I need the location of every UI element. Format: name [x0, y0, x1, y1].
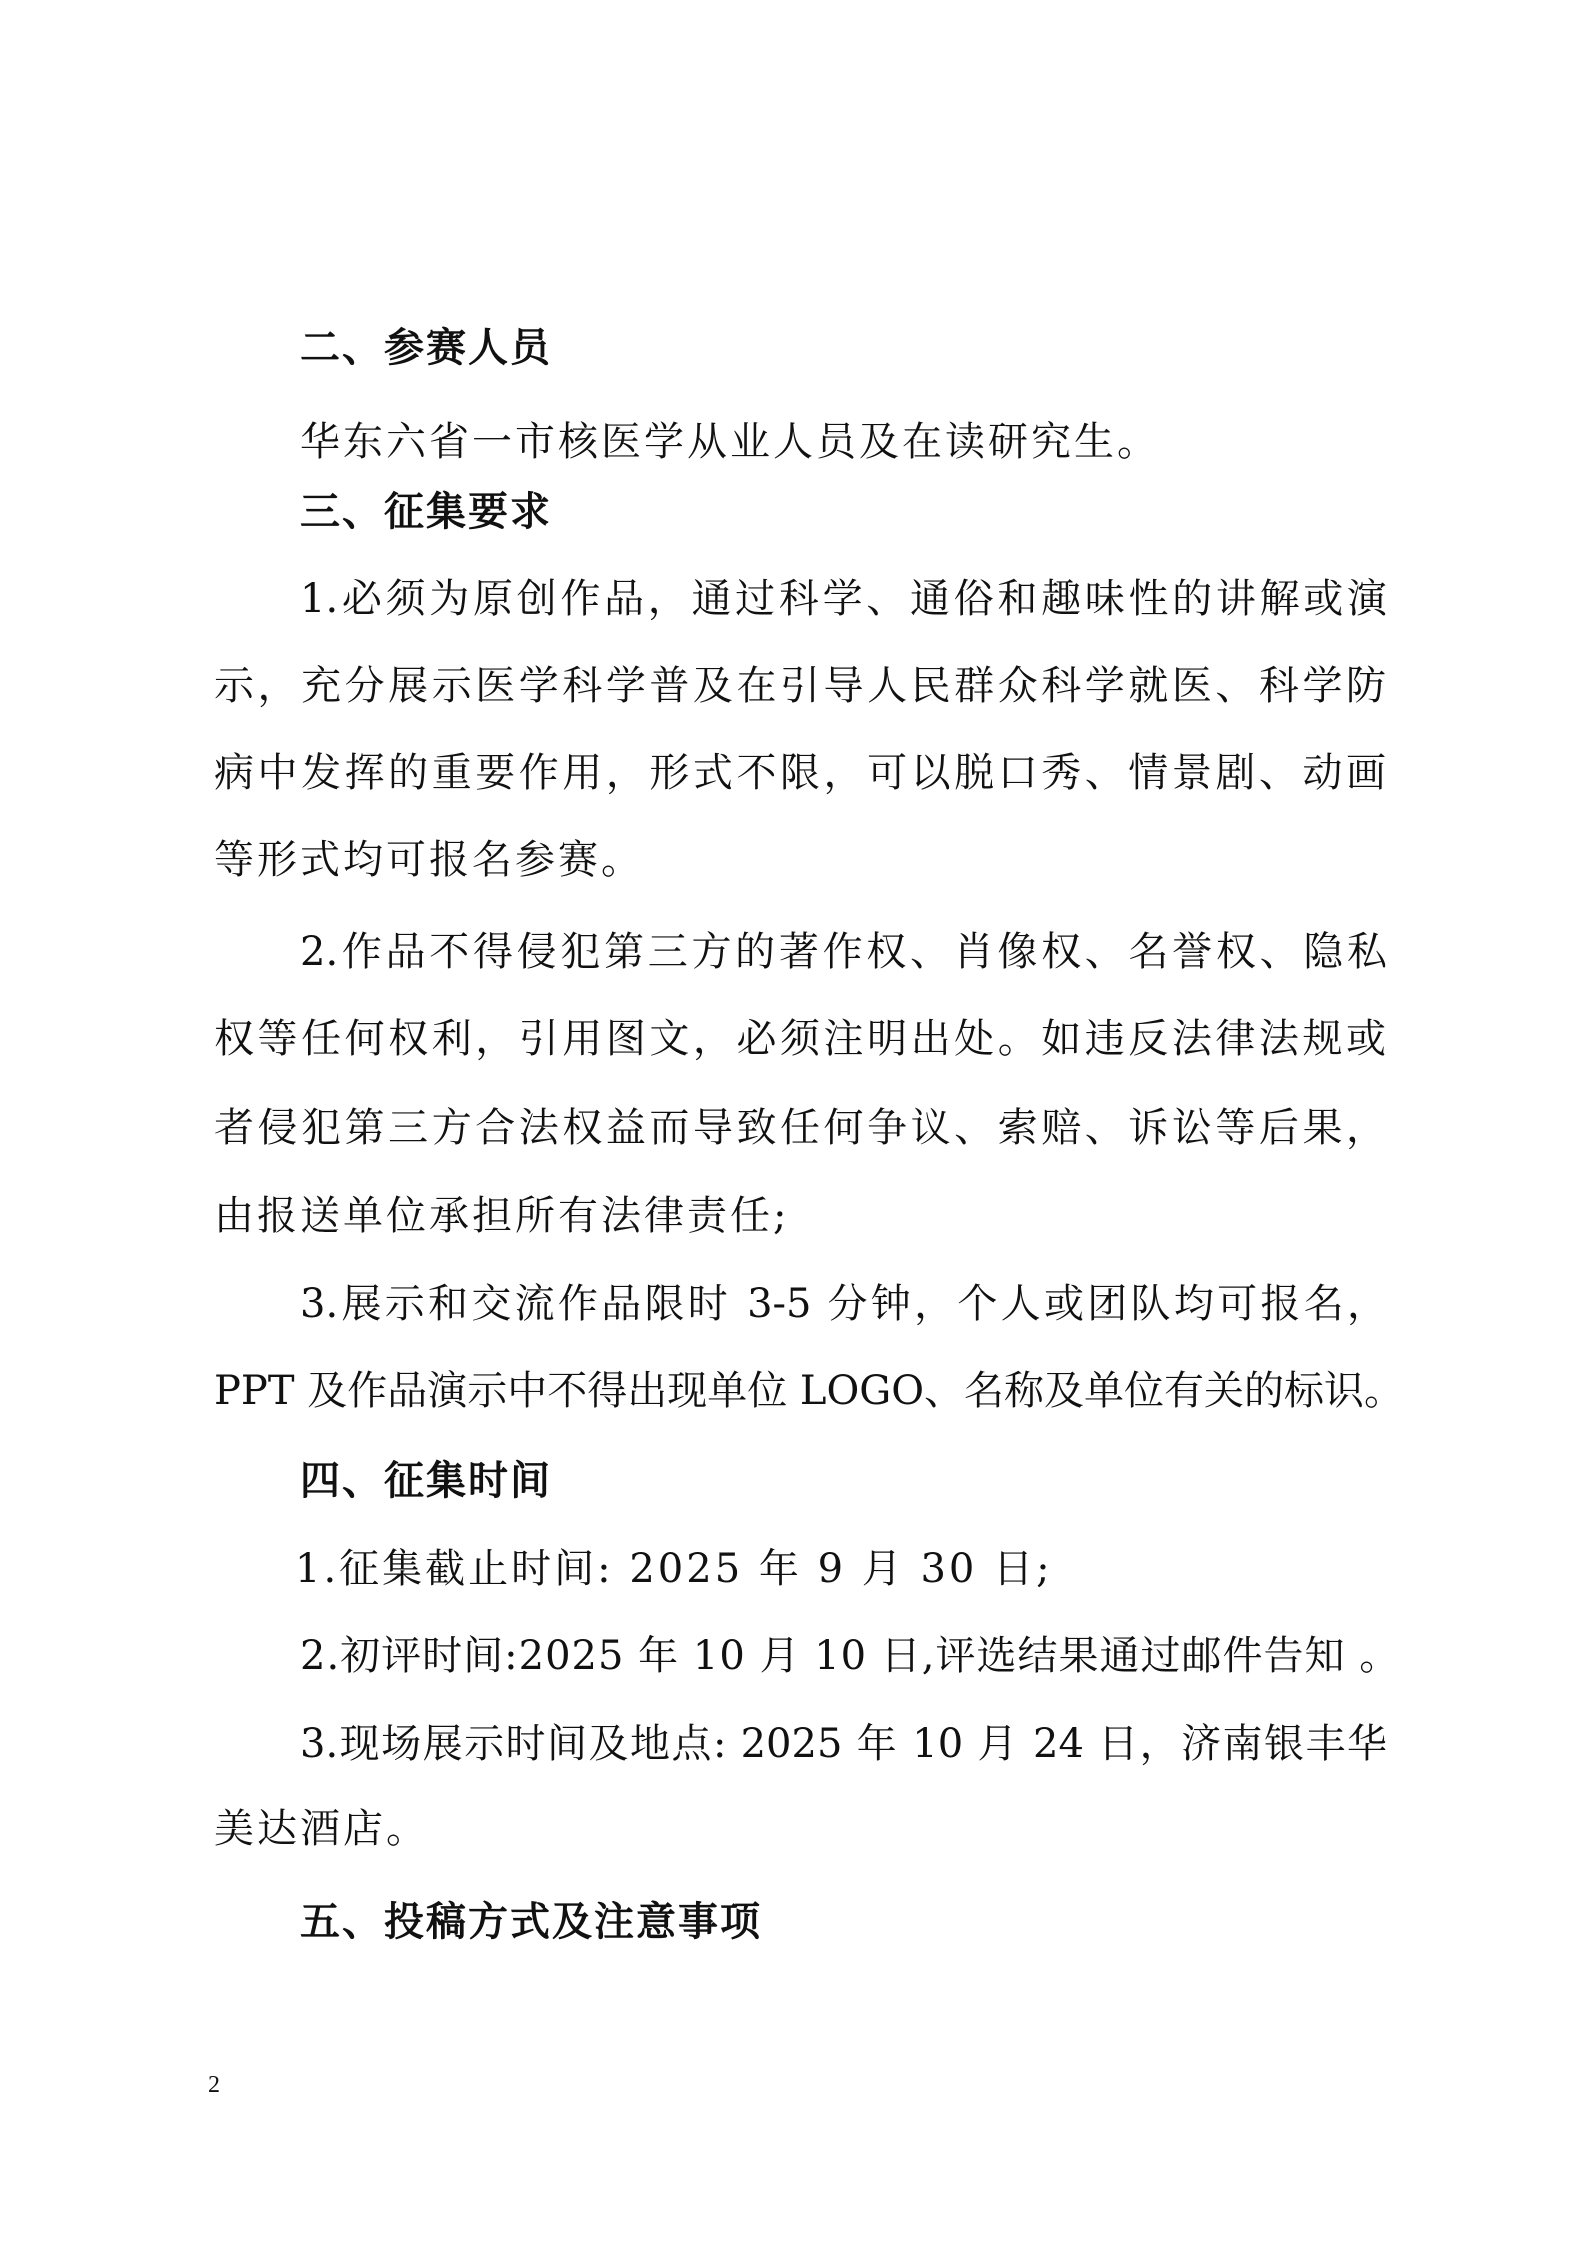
section-heading-participants: 二、参赛人员 [300, 324, 552, 372]
timeline-deadline: 1.征集截止时间: 2025 年 9 月 30 日; [295, 1545, 1053, 1593]
page-number: 2 [208, 2072, 220, 2099]
requirement-3-line-2: PPT 及作品演示中不得出现单位 LOGO、名称及单位有关的标识。 [214, 1367, 1386, 1415]
timeline-onsite-line-1: 3.现场展示时间及地点: 2025 年 10 月 24 日，济南银丰华 [300, 1720, 1387, 1768]
requirement-2-line-2: 权等任何权利，引用图文，必须注明出处。如违反法律法规或 [214, 1015, 1386, 1063]
requirement-1-line-1: 1.必须为原创作品，通过科学、通俗和趣味性的讲解或演 [300, 575, 1387, 623]
section-heading-requirements: 三、征集要求 [300, 488, 552, 536]
requirement-2-line-1: 2.作品不得侵犯第三方的著作权、肖像权、名誉权、隐私 [300, 928, 1387, 976]
section-heading-submission: 五、投稿方式及注意事项 [300, 1898, 762, 1946]
timeline-preliminary-review: 2.初评时间:2025 年 10 月 10 日,评选结果通过邮件告知 。 [300, 1632, 1400, 1680]
requirement-2-line-3: 者侵犯第三方合法权益而导致任何争议、索赔、诉讼等后果， [214, 1104, 1386, 1152]
timeline-onsite-line-2: 美达酒店。 [214, 1805, 429, 1853]
section-heading-timeline: 四、征集时间 [300, 1457, 552, 1505]
requirement-1-line-3: 病中发挥的重要作用，形式不限，可以脱口秀、情景剧、动画 [214, 749, 1386, 797]
participants-text: 华东六省一市核医学从业人员及在读研究生。 [300, 418, 1160, 466]
requirement-2-line-4: 由报送单位承担所有法律责任; [214, 1192, 789, 1240]
requirement-3-line-1: 3.展示和交流作品限时 3-5 分钟，个人或团队均可报名， [300, 1280, 1387, 1328]
requirement-1-line-4: 等形式均可报名参赛。 [214, 836, 644, 884]
document-page: 二、参赛人员 华东六省一市核医学从业人员及在读研究生。 三、征集要求 1.必须为… [0, 0, 1588, 2245]
requirement-1-line-2: 示，充分展示医学科学普及在引导人民群众科学就医、科学防 [214, 662, 1386, 710]
